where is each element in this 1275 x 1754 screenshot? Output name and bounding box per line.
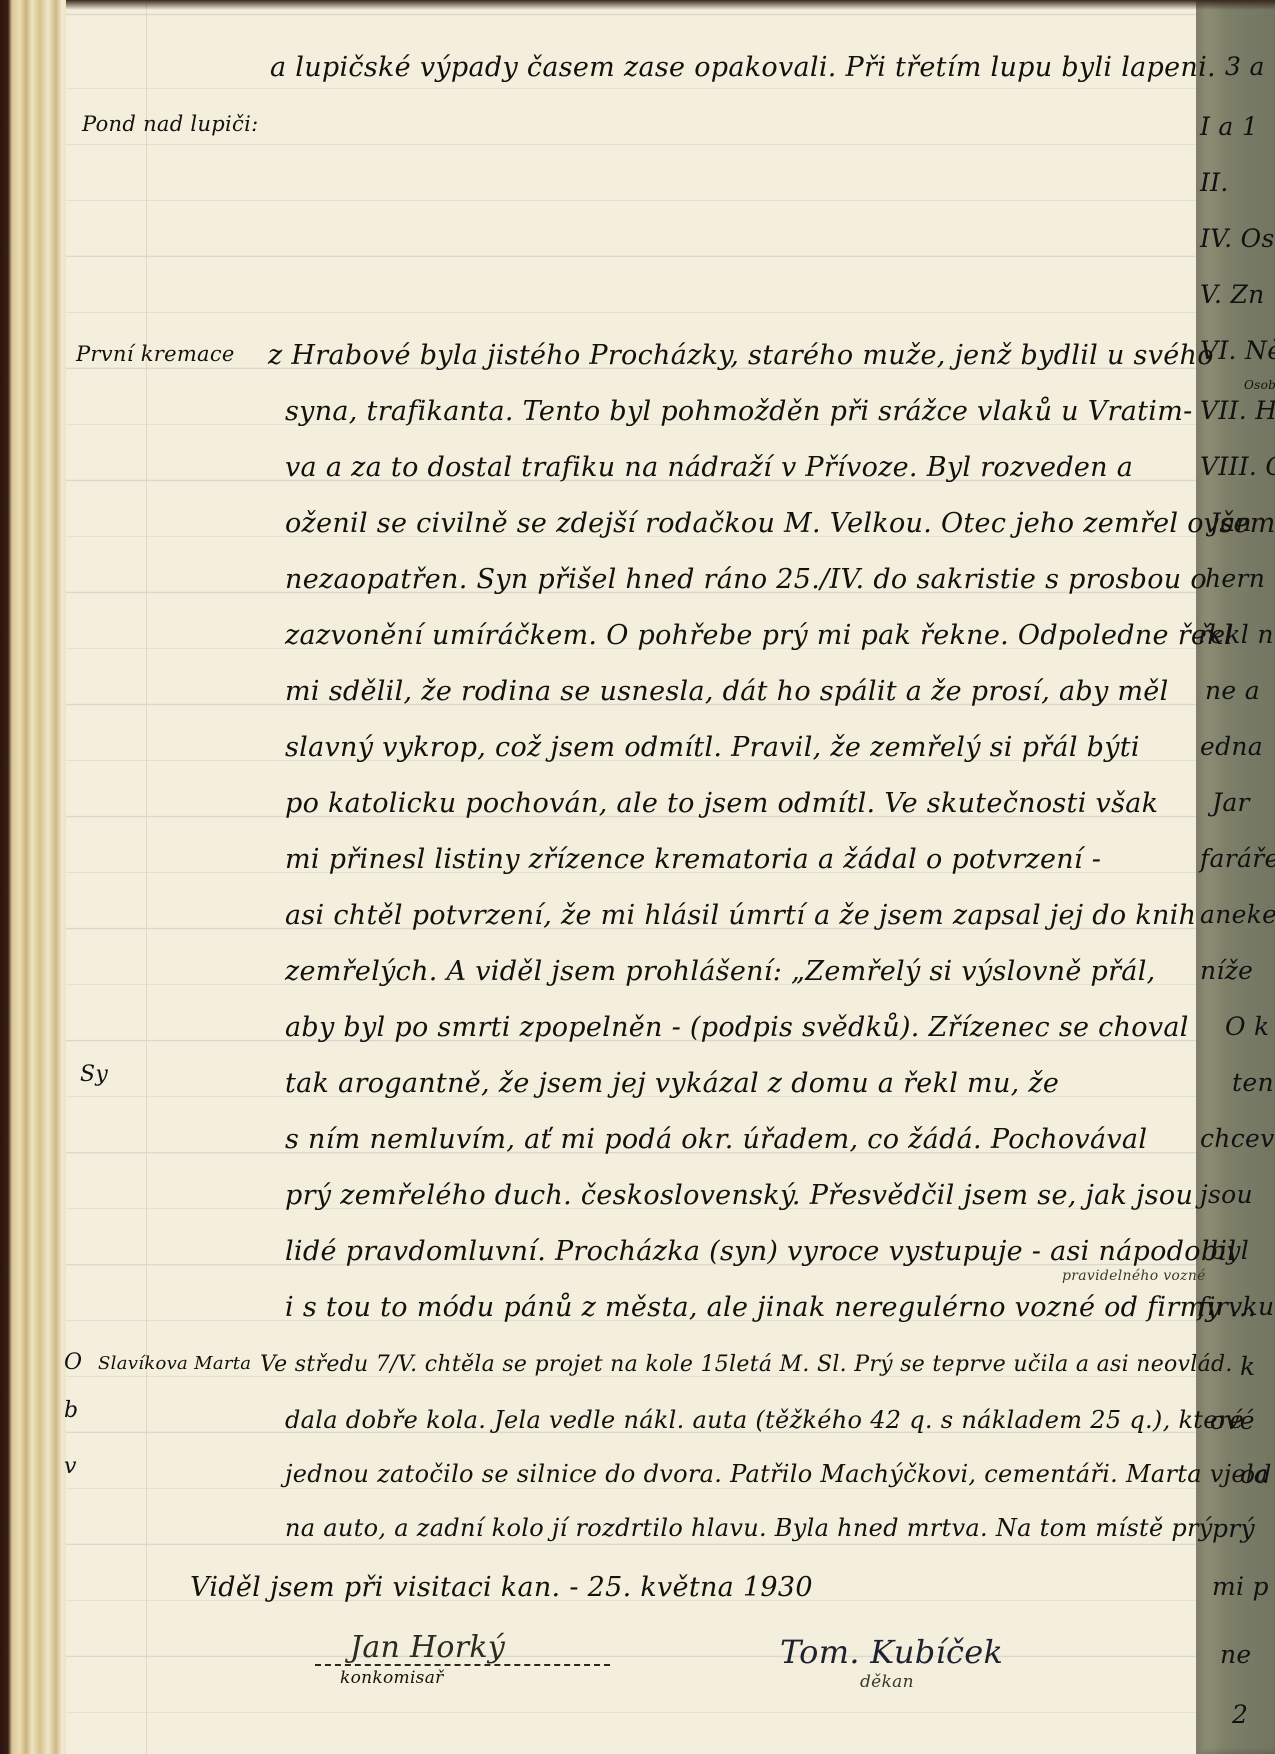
body-line: nezaopatřen. Syn přišel hned ráno 25./IV…: [285, 564, 1207, 595]
signature-name: Tom. Kubíček: [780, 1633, 1003, 1671]
adjacent-fragment: ne a: [1205, 676, 1260, 705]
body-line: aby byl po smrti zpopelněn - (podpis svě…: [285, 1012, 1189, 1043]
adjacent-fragment: jsou: [1200, 1180, 1253, 1209]
body-line: syna, trafikanta. Tento byl pohmožděn př…: [285, 396, 1193, 427]
adjacent-fragment: firvku: [1198, 1292, 1274, 1321]
chronicle-page: [66, 0, 1196, 1754]
adjacent-fragment: aneke: [1200, 900, 1275, 929]
adjacent-fragment: chcevi: [1200, 1124, 1275, 1153]
body-line: jednou zatočilo se silnice do dvora. Pat…: [285, 1460, 1268, 1488]
margin-rule: [146, 0, 147, 1754]
left-fragment: O: [64, 1350, 82, 1375]
body-line: a lupičské výpady časem zase opakovali. …: [270, 52, 1216, 83]
body-line: zemřelých. A viděl jsem prohlášení: „Zem…: [285, 956, 1156, 987]
body-line: po katolicku pochován, ale to jsem odmít…: [285, 788, 1158, 819]
body-line: mi sdělil, že rodina se usnesla, dát ho …: [285, 676, 1169, 707]
adjacent-fragment: 3 a: [1225, 52, 1265, 81]
body-line: prý zemřelého duch. československý. Přes…: [285, 1180, 1193, 1211]
interlinear-note: pravidelného vozné: [1062, 1268, 1206, 1284]
signature-title: děkan: [860, 1672, 914, 1692]
body-line: zazvonění umíráčkem. O pohřebe prý mi pa…: [285, 620, 1233, 651]
adjacent-fragment: faráře: [1200, 844, 1275, 873]
adjacent-fragment: edna: [1200, 732, 1263, 761]
adjacent-fragment: prý: [1212, 1514, 1255, 1543]
signature-name: Jan Horký: [350, 1630, 505, 1665]
body-line: va a za to dostal trafiku na nádraží v P…: [285, 452, 1133, 483]
adjacent-fragment: Jan: [1210, 508, 1252, 537]
adjacent-fragment: IV. Os: [1200, 224, 1275, 253]
body-line: mi přinesl listiny zřízence krematoria a…: [285, 844, 1101, 875]
body-line: tak arogantně, že jsem jej vykázal z dom…: [285, 1068, 1059, 1099]
body-line: oženil se civilně se zdejší rodačkou M. …: [285, 508, 1275, 539]
adjacent-fragment: ne: [1220, 1640, 1252, 1669]
left-fragment: Sy: [80, 1062, 108, 1087]
body-line: dala dobře kola. Jela vedle nákl. auta (…: [285, 1406, 1244, 1434]
margin-heading-slavikova-marta: Slavíkova Marta: [98, 1353, 251, 1374]
adjacent-fragment: Jar: [1212, 788, 1250, 817]
adjacent-fragment: V. Zn: [1200, 280, 1265, 309]
adjacent-fragment: ten: [1232, 1068, 1274, 1097]
adjacent-fragment: ové: [1210, 1406, 1255, 1435]
body-line: s ním nemluvím, ať mi podá okr. úřadem, …: [285, 1124, 1147, 1155]
adjacent-fragment: k: [1240, 1352, 1255, 1381]
adjacent-fragment: hern: [1205, 564, 1265, 593]
adjacent-fragment: níže: [1200, 956, 1253, 985]
adjacent-fragment: mi p: [1212, 1572, 1269, 1601]
body-line: slavný vykrop, což jsem odmítl. Pravil, …: [285, 732, 1140, 763]
margin-heading-pond-nad-lupici: Pond nad lupiči:: [82, 112, 258, 136]
adjacent-fragment: 2: [1232, 1700, 1248, 1729]
adjacent-fragment: VII. Ho: [1200, 396, 1275, 425]
book-page-edges: [0, 0, 75, 1754]
adjacent-fragment: II.: [1200, 168, 1229, 197]
adjacent-fragment: O k: [1225, 1012, 1270, 1041]
adjacent-fragment: od: [1240, 1460, 1272, 1489]
left-fragment: b: [64, 1398, 78, 1423]
left-fragment: v: [64, 1454, 77, 1479]
body-line: lidé pravdomluvní. Procházka (syn) vyroc…: [285, 1236, 1236, 1267]
body-line: Ve středu 7/V. chtěla se projet na kole …: [260, 1352, 1233, 1377]
top-shadow: [66, 0, 1275, 10]
body-line: z Hrabové byla jistého Procházky, staréh…: [268, 340, 1214, 371]
body-line: i s tou to módu pánů z města, ale jinak …: [285, 1292, 1257, 1323]
margin-heading-prvni-kremace: První kremace: [76, 342, 235, 366]
adjacent-fragment: VI. Něv: [1200, 336, 1275, 365]
adjacent-fragment: VIII. Oby: [1200, 452, 1275, 481]
signature-title: konkomisař: [340, 1668, 444, 1688]
adjacent-fragment: Osob: [1244, 378, 1275, 392]
adjacent-fragment: I a 1: [1200, 112, 1258, 141]
body-line: na auto, a zadní kolo jí rozdrtilo hlavu…: [285, 1514, 1213, 1542]
body-line: asi chtěl potvrzení, že mi hlásil úmrtí …: [285, 900, 1196, 931]
visitation-note: Viděl jsem při visitaci kan. - 25. květn…: [190, 1572, 813, 1603]
adjacent-page: [1196, 0, 1275, 1754]
adjacent-fragment: byl: [1210, 1236, 1249, 1265]
adjacent-fragment: řekl n: [1198, 620, 1274, 649]
